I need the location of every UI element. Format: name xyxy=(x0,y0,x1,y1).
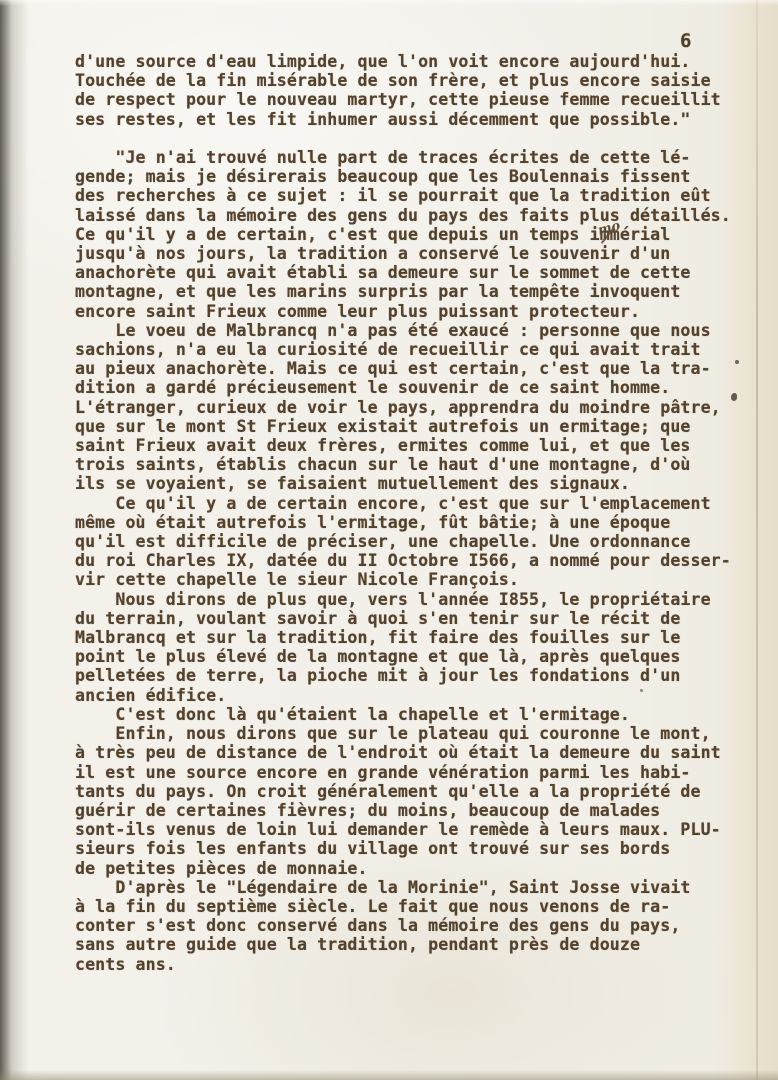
text-line: cents ans. xyxy=(75,955,735,974)
scan-edge-top xyxy=(0,0,778,6)
paragraph: D'après le "Légendaire de la Morinie", S… xyxy=(75,878,735,974)
text-line: trois saints, établis chacun sur le haut… xyxy=(75,455,735,474)
text-line: Malbrancq et sur la tradition, fit faire… xyxy=(75,628,735,647)
paragraph: C'est donc là qu'étaient la chapelle et … xyxy=(75,705,735,724)
text-line: que sur le mont St Frieux existait autre… xyxy=(75,417,735,436)
text-line: ses restes, et les fit inhumer aussi déc… xyxy=(75,110,735,129)
paragraph: d'une source d'eau limpide, que l'on voi… xyxy=(75,52,735,129)
text-line: il est une source encore en grande vénér… xyxy=(75,763,735,782)
paragraph: "Je n'ai trouvé nulle part de traces écr… xyxy=(75,148,735,321)
text-line: C'est donc là qu'étaient la chapelle et … xyxy=(75,705,735,724)
text-line: dition a gardé précieusement le souvenir… xyxy=(75,378,735,397)
typewritten-text: d'une source d'eau limpide, que l'on voi… xyxy=(75,52,735,974)
ink-speck xyxy=(640,689,643,692)
text-line: d'une source d'eau limpide, que l'on voi… xyxy=(75,52,735,71)
text-line: au pieux anachorète. Mais ce qui est cer… xyxy=(75,359,735,378)
text-line: du roi Charles IX, datée du II Octobre I… xyxy=(75,551,735,570)
scan-edge-left xyxy=(0,0,28,1080)
paragraph: Enfin, nous dirons que sur le plateau qu… xyxy=(75,724,735,878)
text-line: D'après le "Légendaire de la Morinie", S… xyxy=(75,878,735,897)
text-line: de petites pièces de monnaie. xyxy=(75,859,735,878)
text-line: sans autre guide que la tradition, penda… xyxy=(75,935,735,954)
text-line: sont-ils venus de loin lui demander le r… xyxy=(75,820,735,839)
text-line: point le plus élevé de la montagne et qu… xyxy=(75,647,735,666)
page-number: 6 xyxy=(680,30,691,52)
text-line: L'étranger, curieux de voir le pays, app… xyxy=(75,398,735,417)
text-line: "Je n'ai trouvé nulle part de traces écr… xyxy=(75,148,735,167)
ink-speck xyxy=(731,393,737,401)
text-line: à la fin du septième siècle. Le fait que… xyxy=(75,897,735,916)
text-line: conter s'est donc conservé dans la mémoi… xyxy=(75,916,735,935)
text-line: qu'il est difficile de préciser, une cha… xyxy=(75,532,735,551)
ink-speck xyxy=(735,360,739,364)
text-line: Nous dirons de plus que, vers l'année I8… xyxy=(75,590,735,609)
text-line: à très peu de distance de l'endroit où é… xyxy=(75,743,735,762)
text-line: ils se voyaient, se faisaient mutuelleme… xyxy=(75,474,735,493)
paragraph: Le voeu de Malbrancq n'a pas été exaucé … xyxy=(75,321,735,494)
text-line: guérir de certaines fièvres; du moins, b… xyxy=(75,801,735,820)
scanned-page: 6 d'une source d'eau limpide, que l'on v… xyxy=(0,0,778,1080)
text-line: pelletées de terre, la pioche mit à jour… xyxy=(75,666,735,685)
text-line: Ce qu'il y a de certain encore, c'est qu… xyxy=(75,494,735,513)
text-line: laissé dans la mémoire des gens du pays … xyxy=(75,206,735,225)
text-line: même où était autrefois l'ermitage, fût … xyxy=(75,513,735,532)
text-line: saint Frieux avait deux frères, ermites … xyxy=(75,436,735,455)
text-line: sachions, n'a eu la curiosité de recueil… xyxy=(75,340,735,359)
text-line: de respect pour le nouveau martyr, cette… xyxy=(75,90,735,109)
paragraph: Ce qu'il y a de certain encore, c'est qu… xyxy=(75,494,735,590)
paper-crease xyxy=(756,0,758,1080)
text-line: Touchée de la fin misérable de son frère… xyxy=(75,71,735,90)
text-line: montagne, et que les marins surpris par … xyxy=(75,282,735,301)
text-line: gende; mais je désirerais beaucoup que l… xyxy=(75,167,735,186)
text-line: encore saint Frieux comme leur plus puis… xyxy=(75,302,735,321)
text-line: sieurs fois les enfants du village ont t… xyxy=(75,839,735,858)
text-line: jusqu'à nos jours, la tradition a conser… xyxy=(75,244,735,263)
text-line: tants du pays. On croit généralement qu'… xyxy=(75,782,735,801)
text-line: vir cette chapelle le sieur Nicole Franç… xyxy=(75,570,735,589)
scan-edge-bottom xyxy=(0,1070,778,1080)
text-line: Le voeu de Malbrancq n'a pas été exaucé … xyxy=(75,321,735,340)
text-line: des recherches à ce sujet : il se pourra… xyxy=(75,186,735,205)
paragraph: Nous dirons de plus que, vers l'année I8… xyxy=(75,590,735,705)
text-line: anachorète qui avait établi sa demeure s… xyxy=(75,263,735,282)
text-line: ancien édifice. xyxy=(75,686,735,705)
text-line: du terrain, voulant savoir à quoi s'en t… xyxy=(75,609,735,628)
text-line: Ce qu'il y a de certain, c'est que depui… xyxy=(75,225,735,244)
text-line: Enfin, nous dirons que sur le plateau qu… xyxy=(75,724,735,743)
